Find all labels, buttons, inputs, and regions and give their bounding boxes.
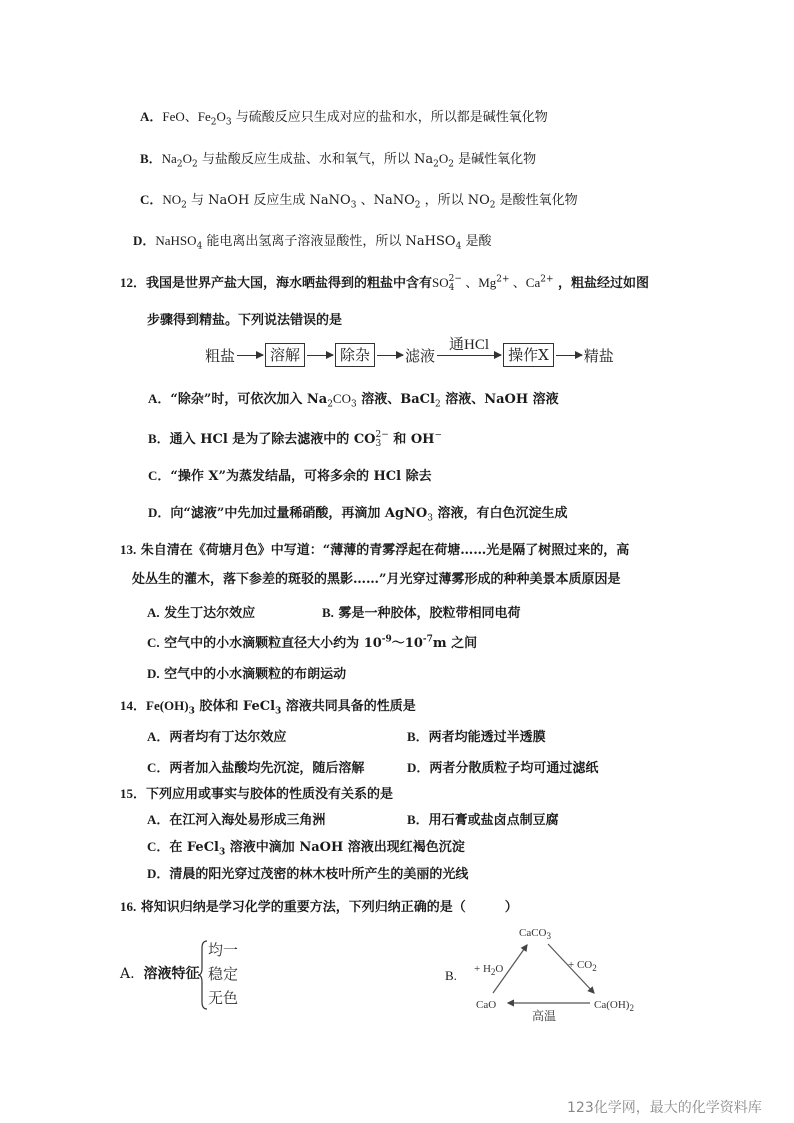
flow-reagent-label: 通HCl	[437, 333, 501, 354]
q14-option-a: A．两者均有丁达尔效应	[147, 728, 286, 747]
q15-option-d: D．清晨的阳光穿过茂密的林木枝叶所产生的美丽的光线	[147, 865, 468, 884]
q14-stem: 14．Fe(OH)3 胶体和 FeCl3 溶液共同具备的性质是	[120, 697, 416, 716]
solution-features-title: 溶液特征	[143, 966, 199, 982]
q14-option-c: C．两者加入盐酸均先沉淀，随后溶解	[147, 759, 364, 778]
flow-step-dissolve: 溶解	[265, 343, 305, 367]
q13-stem-line1: 13. 朱自清在《荷塘月色》中写道：“薄薄的青雾浮起在荷塘……光是隔了树照过来的…	[120, 541, 629, 560]
q16-option-a-label: A. 溶液特征	[120, 965, 199, 983]
cycle-arrows-icon	[470, 935, 610, 1010]
arrow-icon	[556, 355, 582, 356]
q11-option-d: D．NaHSO4 能电离出氢离子溶液显酸性，所以 NaHSO4 是酸	[133, 232, 491, 251]
arrow-icon	[377, 355, 403, 356]
q12-option-a: A．“除杂”时，可依次加入 Na2CO3 溶液、BaCl2 溶液、NaOH 溶液	[148, 390, 559, 409]
feature-stable: 稳定	[208, 965, 238, 983]
q12-flow-diagram: 粗盐 溶解 除杂 滤液 通HCl 操作X 精盐	[205, 340, 614, 370]
arrow-icon: 通HCl	[437, 355, 501, 356]
q15-option-b: B．用石膏或盐卤点制豆腐	[407, 811, 559, 830]
flow-filtrate: 滤液	[405, 345, 435, 366]
q12-stem-line2: 步骤得到精盐。下列说法错误的是	[147, 312, 342, 330]
q13-option-c: C. 空气中的小水滴颗粒直径大小约为 10-9～10-7m 之间	[147, 634, 477, 653]
q12-option-c: C．“操作 X”为蒸发结晶，可将多余的 HCl 除去	[148, 467, 432, 486]
q11-option-b: B．Na2O2 与盐酸反应生成盐、水和氧气，所以 Na2O2 是碱性氧化物	[140, 150, 536, 169]
q14-option-d: D．两者分散质粒子均可通过滤纸	[407, 759, 598, 778]
q13-option-b: B. 雾是一种胶体，胶粒带相同电荷	[322, 604, 520, 623]
q15-option-c: C．在 FeCl3 溶液中滴加 NaOH 溶液出现红褐色沉淀	[147, 838, 465, 857]
arrow-icon	[307, 355, 333, 356]
q13-option-d: D. 空气中的小水滴颗粒的布朗运动	[147, 665, 346, 684]
flow-step-remove-impurities: 除杂	[335, 343, 375, 367]
q11-option-c: C．NO2 与 NaOH 反应生成 NaNO3 、NaNO2 ，所以 NO2 是…	[140, 191, 578, 210]
feature-uniform: 均一	[208, 941, 238, 959]
feature-colorless: 无色	[208, 989, 238, 1007]
q12-option-d: D．向“滤液”中先加过量稀硝酸，再滴加 AgNO3 溶液，有白色沉淀生成	[148, 504, 568, 523]
q15-option-a: A．在江河入海处易形成三角洲	[147, 811, 325, 830]
q16-stem: 16. 将知识归纳是学习化学的重要方法，下列归纳正确的是（ ）	[120, 898, 518, 917]
arrow-icon	[237, 355, 263, 356]
q16-option-b-label: B.	[445, 967, 457, 985]
q11-option-a: A．FeO、Fe2O3 与硫酸反应只生成对应的盐和水，所以都是碱性氧化物	[140, 108, 548, 127]
q13-stem-line2: 处丛生的灌木，落下参差的斑驳的黑影……”月光穿过薄雾形成的种种美景本质原因是	[132, 571, 620, 589]
q13-option-a: A. 发生丁达尔效应	[147, 604, 255, 623]
q12-option-b: B．通入 HCl 是为了除去滤液中的 CO2−3 和 OH−	[148, 430, 442, 449]
flow-start: 粗盐	[205, 345, 235, 366]
left-brace-icon	[198, 940, 208, 1010]
q15-stem: 15．下列应用或事实与胶体的性质没有关系的是	[120, 785, 393, 804]
watermark-footer: 123化学网，最大的化学资料库	[567, 1097, 762, 1117]
flow-step-operation-x: 操作X	[503, 343, 554, 367]
flow-end: 精盐	[584, 345, 614, 366]
q14-option-b: B．两者均能透过半透膜	[407, 728, 546, 747]
q12-stem-line1: 12．我国是世界产盐大国，海水晒盐得到的粗盐中含有SO2−4 、Mg2+ 、Ca…	[120, 274, 649, 293]
